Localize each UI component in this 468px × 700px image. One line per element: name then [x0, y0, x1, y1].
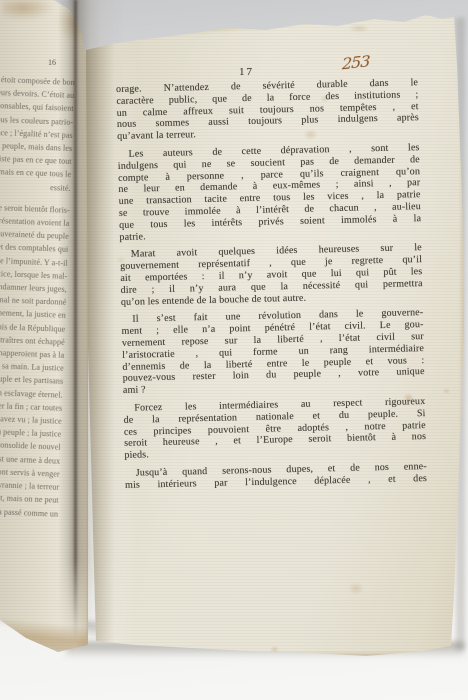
- paragraph: Il s’est fait une révolution dans le gou…: [121, 307, 425, 396]
- paragraph: Jusqu’à quand serons-nous dupes, et de n…: [125, 461, 427, 491]
- paragraph: Forcez les intermédiaires au respect rig…: [123, 396, 426, 462]
- book-photo: 16 ivrée, étoit composée de bonoient leu…: [0, 0, 468, 700]
- stain: [2, 0, 54, 20]
- right-page: 17 253 orage. N’attendez de sévérité dur…: [76, 6, 468, 662]
- right-page-text: orage. N’attendez de sévérité durable da…: [116, 77, 427, 497]
- handwritten-folio-number: 253: [342, 51, 370, 73]
- foxing-spot: [443, 388, 450, 394]
- paragraph: orage. N’attendez de sévérité durable da…: [116, 77, 419, 143]
- left-page-number: 16: [48, 58, 56, 67]
- paragraph: Marat avoit quelques idées heureuses sur…: [120, 242, 423, 308]
- foxing-spot: [348, 582, 364, 595]
- paragraph: Les auteurs de cette dépravation , sont …: [117, 142, 421, 243]
- right-page-number: 17: [239, 66, 279, 78]
- left-page: 16 ivrée, étoit composée de bonoient leu…: [0, 0, 88, 660]
- foxing-spot: [348, 24, 370, 33]
